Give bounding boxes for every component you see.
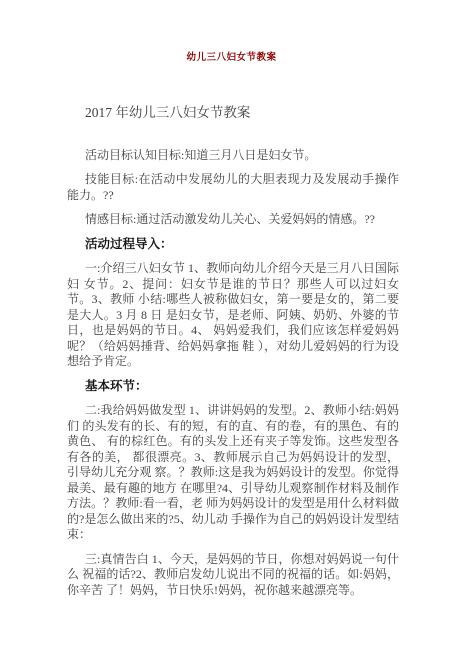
paragraph: 一:介绍三八妇女节 1、教师向幼儿介绍今天是三月八日国际妇 女节。2、提问：妇女… xyxy=(67,261,399,370)
page-title: 2017 年幼儿三八妇女节教案 xyxy=(67,105,399,121)
document-header-title: 幼儿三八妇女节教案 xyxy=(0,0,463,63)
paragraph: 活动目标认知目标:知道三月八日是妇女节。 xyxy=(67,148,399,164)
document-page: 幼儿三八妇女节教案 2017 年幼儿三八妇女节教案 活动目标认知目标:知道三月八… xyxy=(0,0,463,655)
document-body: 2017 年幼儿三八妇女节教案 活动目标认知目标:知道三月八日是妇女节。技能目标… xyxy=(67,105,399,598)
paragraph: 情感目标:通过活动激发幼儿关心、关爱妈妈的情感。?? xyxy=(67,212,399,228)
section-heading: 活动过程导入： xyxy=(67,237,399,253)
paragraph: 二:我给妈妈做发型 1、讲讲妈妈的发型。2、教师小结:妈妈们 的头发有的长、有的… xyxy=(67,403,399,543)
paragraph-list: 活动目标认知目标:知道三月八日是妇女节。技能目标:在活动中发展幼儿的大胆表现力及… xyxy=(67,148,399,599)
section-heading: 基本环节： xyxy=(67,379,399,395)
paragraph: 技能目标:在活动中发展幼儿的大胆表现力及发展动手操作能力。?? xyxy=(67,172,399,203)
paragraph: 三:真情告白 1、今天，是妈妈的节日，你想对妈妈说一句什么 祝福的话?2、教师启… xyxy=(67,552,399,599)
